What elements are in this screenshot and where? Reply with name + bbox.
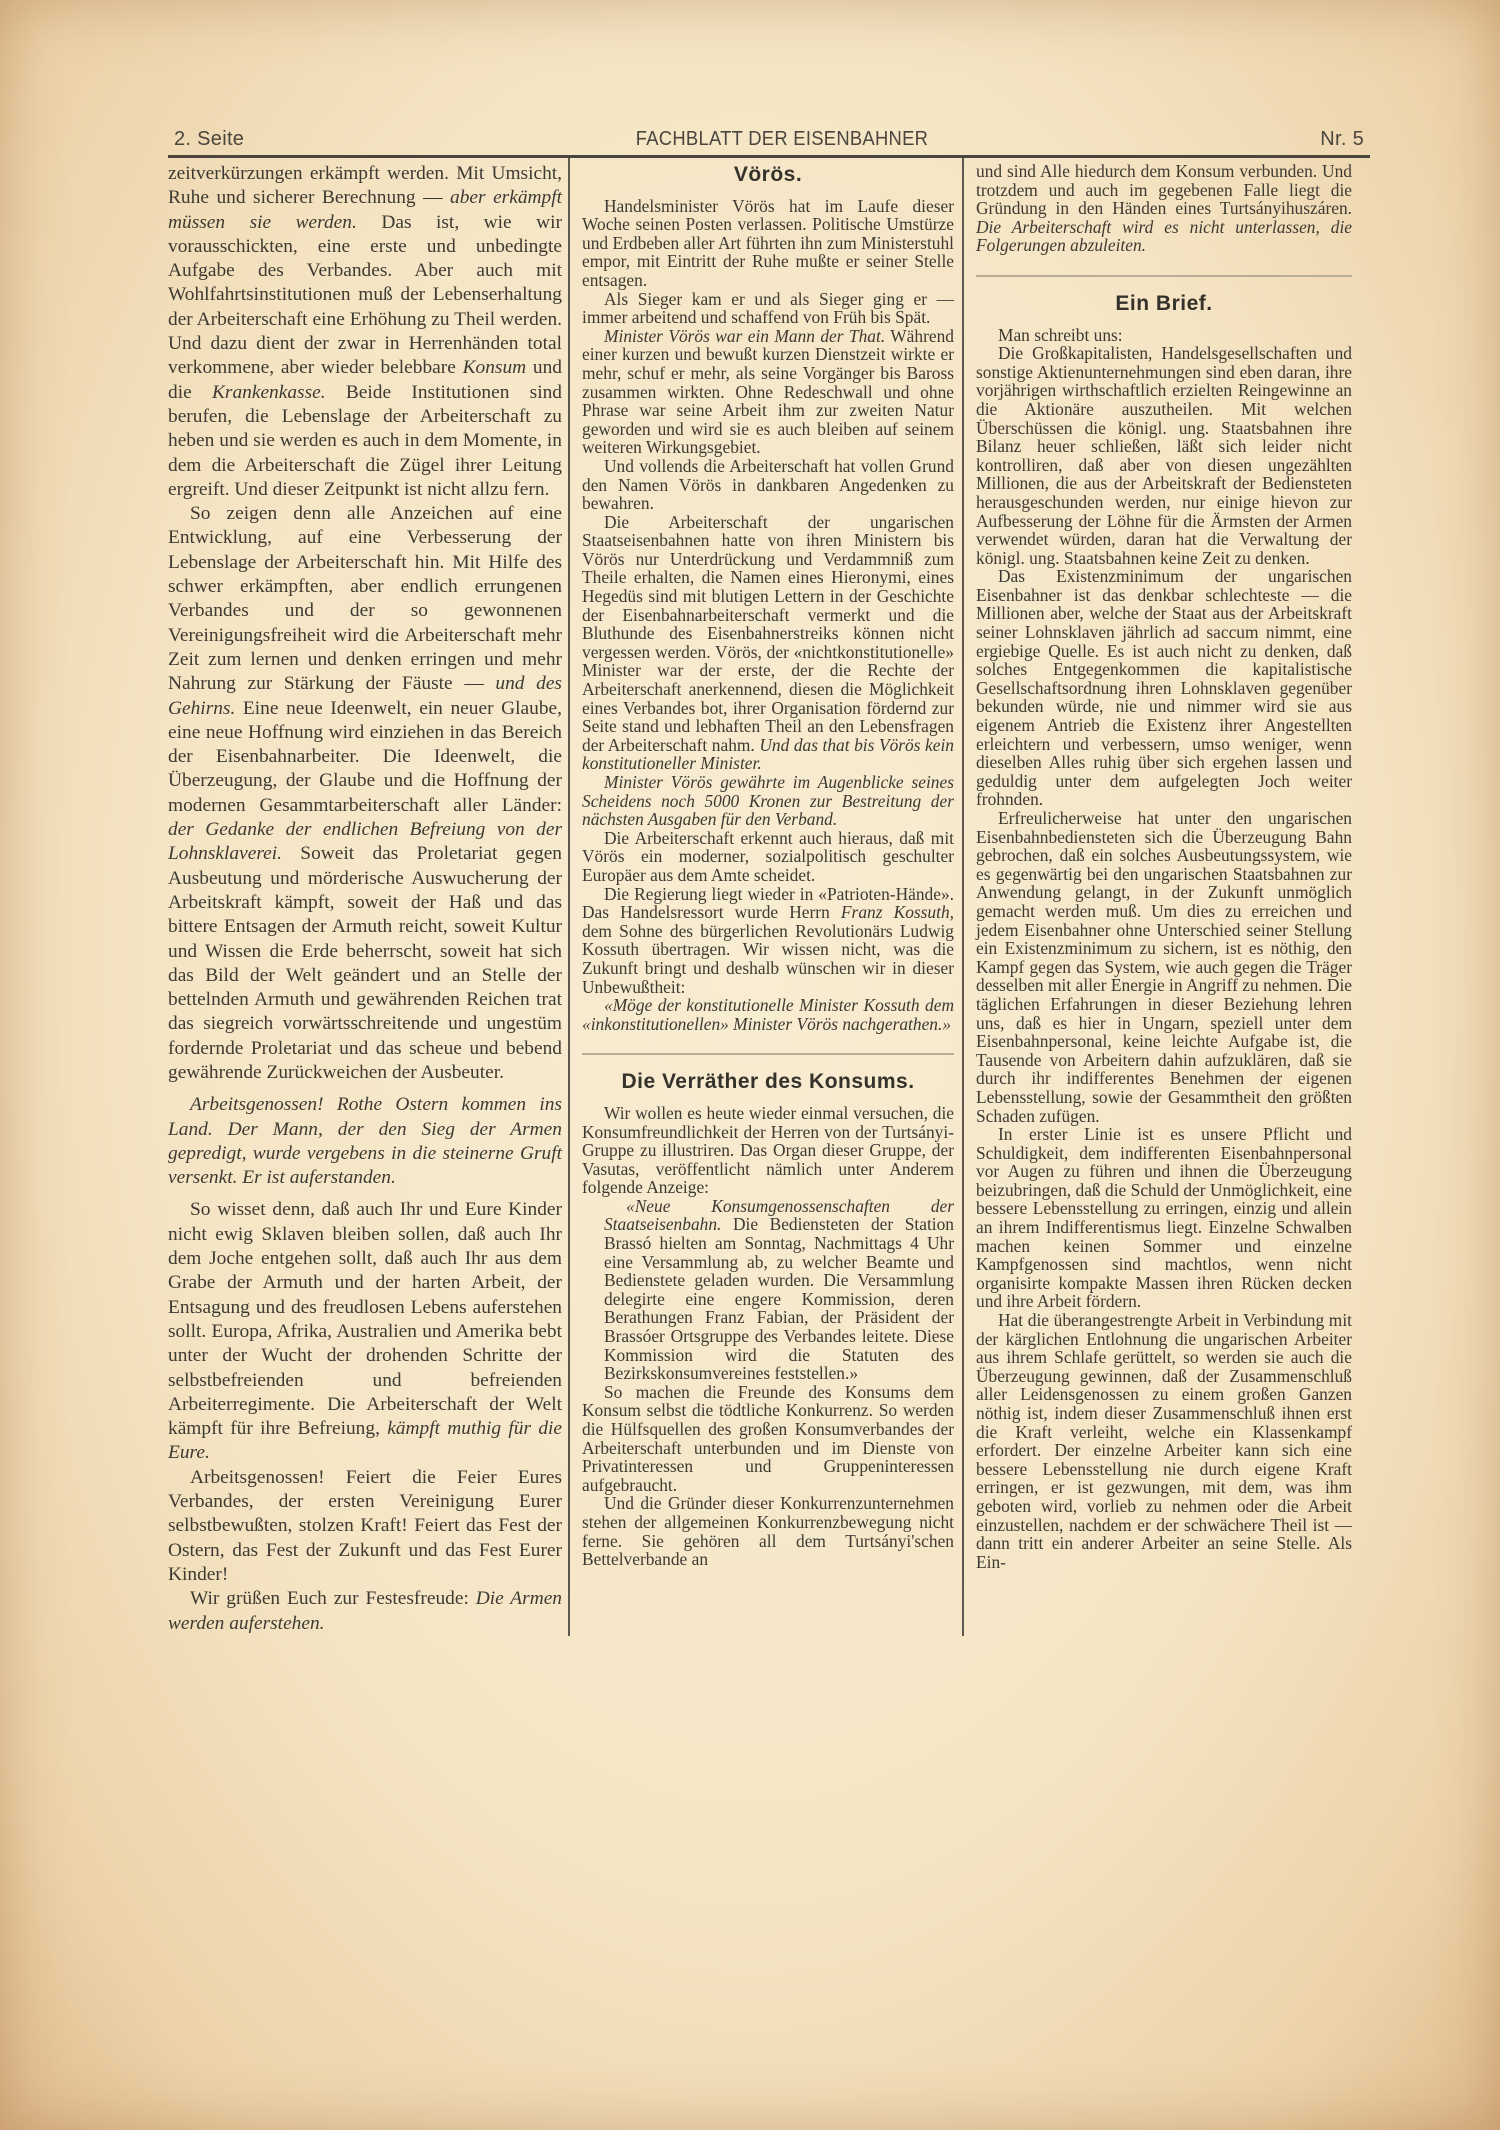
italic-emphasis: Die Arbeiterschaft wird es nicht unterla… — [976, 217, 1352, 256]
text-run: Die Großkapitalisten, Handelsgesellschaf… — [976, 343, 1352, 568]
text-run: Handelsminister Vörös hat im Laufe diese… — [582, 196, 954, 290]
italic-emphasis: «Möge der konstitutionelle Minister Koss… — [582, 995, 954, 1034]
text-run: Arbeitsgenossen! Feiert die Feier Eures … — [168, 1467, 562, 1585]
text-run: Während einer kurzen und bewußt kurzen D… — [582, 326, 954, 458]
paragraph: So machen die Freunde des Konsums dem Ko… — [582, 1383, 954, 1495]
column-2: Vörös. Handelsminister Vörös hat im Lauf… — [568, 158, 962, 1636]
paragraph: Hat die überangestrengte Arbeit in Verbi… — [976, 1311, 1352, 1571]
paragraph: Als Sieger kam er und als Sieger ging er… — [582, 290, 954, 327]
text-run: Erfreulicherweise hat unter den ungarisc… — [976, 808, 1352, 1126]
article-continuation: und sind Alle hiedurch dem Konsum verbun… — [976, 162, 1352, 255]
text-run: So zeigen denn alle Anzeichen auf eine E… — [168, 503, 562, 694]
italic-emphasis: Minister Vörös war ein Mann der That. — [604, 326, 885, 346]
text-run: Hat die überangestrengte Arbeit in Verbi… — [976, 1310, 1352, 1572]
text-run: Man schreibt uns: — [998, 325, 1123, 345]
article-body: Man schreibt uns:Die Großkapitalisten, H… — [976, 326, 1352, 1572]
text-run: Die Bediensteten der Station Brassó hiel… — [604, 1214, 954, 1383]
text-run: In erster Linie ist es unsere Pflicht un… — [976, 1124, 1352, 1311]
paragraph: Die Großkapitalisten, Handelsgesellschaf… — [976, 344, 1352, 567]
text-run: So machen die Freunde des Konsums dem Ko… — [582, 1382, 954, 1495]
italic-emphasis: Franz Kossuth, — [841, 902, 954, 922]
text-run: Und die Gründer dieser Konkurrenzunterne… — [582, 1493, 954, 1569]
text-run: Und vollends die Arbeiterschaft hat voll… — [582, 456, 954, 513]
text-run: und sind Alle hiedurch dem Konsum verbun… — [976, 161, 1352, 218]
article-body: Handelsminister Vörös hat im Laufe diese… — [582, 197, 954, 1034]
text-run: So wisset denn, daß auch Ihr und Eure Ki… — [168, 1199, 562, 1439]
article-title: Ein Brief. — [976, 295, 1352, 314]
text-run: Als Sieger kam er und als Sieger ging er… — [582, 289, 954, 328]
paragraph: zeitverkürzungen erkämpft werden. Mit Um… — [168, 162, 562, 502]
text-run: Die Arbeiterschaft erkennt auch hieraus,… — [582, 828, 954, 885]
italic-emphasis: Arbeitsgenossen! Rothe Ostern kommen ins… — [168, 1094, 562, 1188]
paragraph: «Möge der konstitutionelle Minister Koss… — [582, 996, 954, 1033]
paragraph: So zeigen denn alle Anzeichen auf eine E… — [168, 502, 562, 1085]
paragraph: Wir wollen es heute wieder einmal versuc… — [582, 1104, 954, 1197]
newspaper-page: 2. Seite FACHBLATT DER EISENBAHNER Nr. 5… — [168, 128, 1370, 1636]
paragraph: Die Arbeiterschaft erkennt auch hieraus,… — [582, 829, 954, 885]
paragraph: In erster Linie ist es unsere Pflicht un… — [976, 1125, 1352, 1311]
text-run: Das Existenzminimum der ungarischen Eise… — [976, 566, 1352, 809]
text-run: Soweit das Proletariat gegen Ausbeutung … — [168, 843, 562, 1083]
text-run: Das ist, wie wir vorausschickten, eine e… — [168, 212, 562, 379]
paragraph: Minister Vörös gewährte im Augenblicke s… — [582, 773, 954, 829]
text-run: Die Arbeiterschaft der ungarischen Staat… — [582, 512, 954, 755]
text-run: Wir wollen es heute wieder einmal versuc… — [582, 1103, 954, 1197]
text-run: Wir grüßen Euch zur Festesfreude: — [190, 1588, 476, 1609]
article-divider — [976, 275, 1352, 277]
issue-number: Nr. 5 — [1320, 128, 1364, 151]
italic-emphasis: Minister Vörös gewährte im Augenblicke s… — [582, 772, 954, 829]
paragraph: Erfreulicherweise hat unter den ungarisc… — [976, 809, 1352, 1125]
page-header: 2. Seite FACHBLATT DER EISENBAHNER Nr. 5 — [168, 128, 1370, 158]
italic-emphasis: Konsum — [463, 357, 527, 378]
column-1: zeitverkürzungen erkämpft werden. Mit Um… — [168, 158, 568, 1636]
paragraph: Und vollends die Arbeiterschaft hat voll… — [582, 457, 954, 513]
article-body: zeitverkürzungen erkämpft werden. Mit Um… — [168, 162, 562, 1636]
text-columns: zeitverkürzungen erkämpft werden. Mit Um… — [168, 158, 1370, 1636]
italic-emphasis: Krankenkasse. — [212, 382, 326, 403]
paragraph: und sind Alle hiedurch dem Konsum verbun… — [976, 162, 1352, 255]
column-3: und sind Alle hiedurch dem Konsum verbun… — [962, 158, 1356, 1636]
paragraph: Man schreibt uns: — [976, 326, 1352, 345]
article-divider — [582, 1053, 954, 1055]
paragraph: Und die Gründer dieser Konkurrenzunterne… — [582, 1494, 954, 1568]
paragraph: So wisset denn, daß auch Ihr und Eure Ki… — [168, 1198, 562, 1465]
paragraph: Die Arbeiterschaft der ungarischen Staat… — [582, 513, 954, 773]
paragraph: Die Regierung liegt wieder in «Patrioten… — [582, 885, 954, 997]
text-run: dem Sohne des bürgerlichen Revolutionärs… — [582, 921, 954, 997]
paragraph: Handelsminister Vörös hat im Laufe diese… — [582, 197, 954, 290]
article-body: Wir wollen es heute wieder einmal versuc… — [582, 1104, 954, 1569]
article-title: Vörös. — [582, 166, 954, 185]
paragraph: Minister Vörös war ein Mann der That. Wä… — [582, 327, 954, 457]
quoted-notice: «Neue Konsumgenossenschaften der Staatse… — [582, 1197, 954, 1383]
article-title: Die Verräther des Konsums. — [582, 1073, 954, 1092]
paragraph: Das Existenzminimum der ungarischen Eise… — [976, 567, 1352, 809]
paragraph: Arbeitsgenossen! Rothe Ostern kommen ins… — [168, 1093, 562, 1190]
publication-title: FACHBLATT DER EISENBAHNER — [636, 128, 929, 151]
paragraph: Wir grüßen Euch zur Festesfreude: Die Ar… — [168, 1587, 562, 1636]
page-number: 2. Seite — [174, 128, 244, 151]
paragraph: Arbeitsgenossen! Feiert die Feier Eures … — [168, 1466, 562, 1587]
